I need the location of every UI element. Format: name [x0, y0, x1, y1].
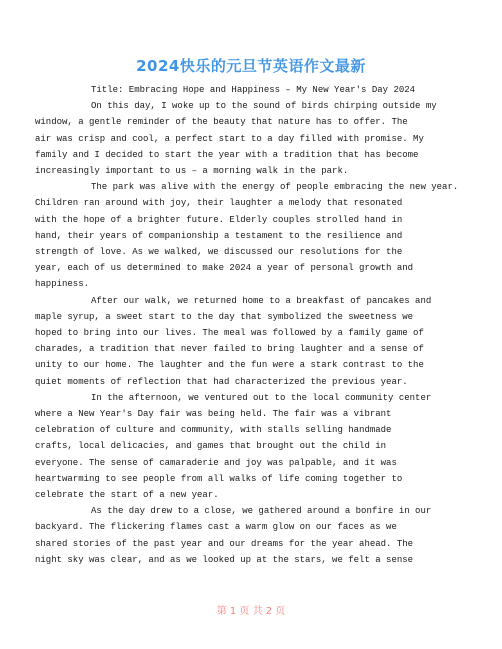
document-heading: 2024快乐的元旦节英语作文最新	[0, 0, 502, 75]
document-page: 2024快乐的元旦节英语作文最新 Title: Embracing Hope a…	[0, 0, 502, 649]
essay-paragraph-4: In the afternoon, we ventured out to the…	[35, 390, 472, 503]
essay-body: Title: Embracing Hope and Happiness – My…	[35, 82, 472, 568]
page-number-footer: 第 1 页 共 2 页	[0, 605, 502, 618]
essay-title-line: Title: Embracing Hope and Happiness – My…	[35, 82, 472, 98]
essay-paragraph-3: After our walk, we returned home to a br…	[35, 293, 472, 390]
essay-paragraph-1: On this day, I woke up to the sound of b…	[35, 98, 472, 179]
essay-paragraph-5: As the day drew to a close, we gathered …	[35, 503, 472, 568]
essay-paragraph-2: The park was alive with the energy of pe…	[35, 179, 472, 292]
